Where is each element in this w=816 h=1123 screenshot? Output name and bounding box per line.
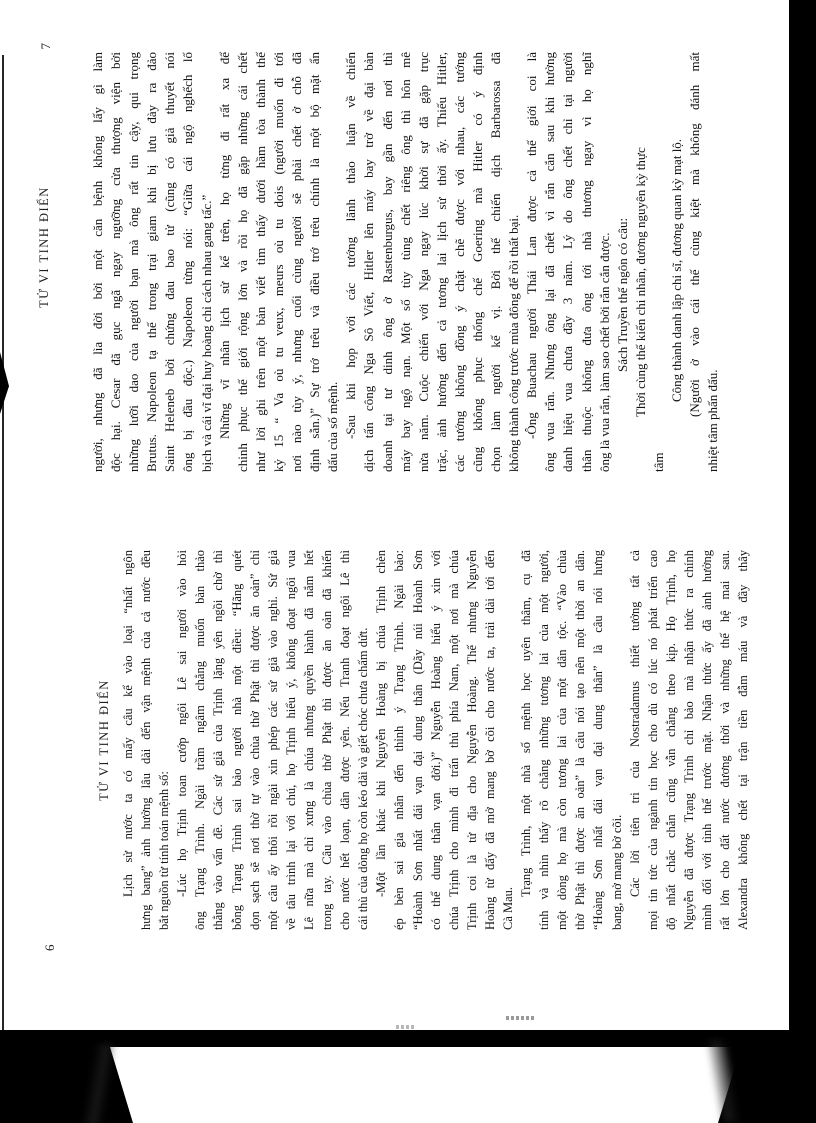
text-line: ông vua rắn. Nhưng ông lại đã chết vì rắ…	[541, 52, 559, 472]
text-line: “Hoành Sơn nhất đái vạn đại dung thân (D…	[409, 550, 427, 930]
text-line: độc hại. Cesar đã gục ngã ngay ngưỡng cử…	[107, 52, 125, 472]
text-line: -Ông Buachau người Thái Lan được cả thế …	[523, 52, 541, 439]
text-line: kỷ 15 “ Va où tu veux, meurs où tu dois …	[270, 52, 288, 472]
text-line: chúa Trịnh cho mình đi trấn thủ phía Nam…	[445, 550, 463, 930]
page-number-right: 7	[38, 43, 54, 50]
scanned-book-spread: TỬ VI TINH ĐIỂN 7 người, nhưng đã lìa đờ…	[0, 0, 816, 1123]
text-line: về tâu trình lại với chú, họ Trịnh hiểu …	[282, 550, 300, 930]
text-line: nhiệt tâm phấn đấu.	[704, 52, 722, 472]
text-line: một câu ấy thôi rồi ngài xin phép các sứ…	[264, 550, 282, 930]
text-line: Lê nữa mà chỉ xưng là chúa nhưng quyền h…	[300, 550, 318, 930]
text-line: ông bị đầu độc.) Napoleon từng nói: “Giữ…	[179, 52, 197, 472]
text-line: bỗng Trạng Trình sai bảo người nhà một đ…	[228, 550, 246, 930]
scanner-black-right-edge	[789, 0, 816, 1123]
text-line: (Người ở vào cái thế cùng kiệt mà không …	[686, 52, 704, 417]
text-line: ông Trạng Trình. Ngài trầm ngâm chẳng mu…	[191, 550, 209, 930]
text-line: -Một lần khác khi Nguyễn Hoàng bị chúa T…	[372, 550, 390, 897]
text-line: Sách Truyền thế ngôn có câu:	[614, 52, 632, 372]
text-line: thân thuộc không đưa ông tới nhà thương …	[578, 52, 596, 472]
text-line: trặc, ảnh hưởng đến cả tương lai lịch sử…	[433, 52, 451, 472]
text-line: chọn làm người kế vị. Bởi thế chiến dịch…	[487, 52, 505, 472]
text-line: ép bèn sai gia nhân đến thỉnh ý Trạng Tr…	[390, 550, 408, 930]
text-line: dấu của số mệnh.	[324, 52, 342, 472]
page-edge-wedge-artifact	[0, 352, 9, 414]
text-line: Công thành danh lập chi sĩ, đương quan k…	[668, 52, 686, 402]
text-line: Lịch sử nước ta có mấy câu kể vào loại “…	[119, 550, 137, 897]
text-line: doanh tại tư dinh ông ở Rastenburgus, ba…	[379, 52, 397, 472]
page-number-left: 6	[42, 945, 58, 952]
text-line: Nguyễn đã được Trạng Trình chỉ bảo mà nh…	[680, 550, 698, 930]
text-line: hưng bang” ảnh hưởng lâu dài đến vận mện…	[137, 550, 155, 930]
text-line: độ nhất chắc chắn cũng vẫn chẳng theo kị…	[662, 550, 680, 930]
text-line: -Lúc họ Trịnh toan cướp ngôi Lê sai ngườ…	[173, 550, 191, 897]
text-line: ông là vua rắn, làm sao chết bởi rắn cắn…	[596, 52, 614, 472]
text-line: người, nhưng đã lìa đời bởi một căn bệnh…	[89, 52, 107, 472]
text-line: máy bay ngộ nạn. Một số tùy tùng chết ri…	[397, 52, 415, 472]
text-line: “Hoàng Sơn nhất đái vạn đại dung thân” l…	[589, 550, 607, 930]
text-line: bắt nguồn từ tính toán mệnh số:	[155, 550, 173, 930]
text-line: Hoàng từ đấy đã mở mang bờ cõi cho nước …	[481, 550, 499, 930]
text-line: có thể dung thân vạn đời.)” Nguyễn Hoàng…	[427, 550, 445, 930]
page-left: TỬ VI TINH ĐIỂN 6 Lịch sử nước ta có mấy…	[25, 497, 793, 1010]
text-line: tâm	[650, 52, 668, 472]
scan-feather-artifact-right	[702, 1040, 748, 1122]
text-line: Brutus. Napoleon tạ thế trong trại giam …	[143, 52, 161, 472]
text-line: dịch tấn công Nga Sô Viết, Hitler lên má…	[360, 52, 378, 472]
text-line: như lời ghi trên một bản viết tìm thấy d…	[252, 52, 270, 472]
running-head-right: TỬ VI TINH ĐIỂN	[37, 37, 52, 457]
text-line: rất lớn cho đất nước đương thời và những…	[716, 550, 734, 930]
page-body-left: Lịch sử nước ta có mấy câu kể vào loại “…	[119, 550, 752, 930]
text-line: danh hiệu vua chưa đầy 3 năm. Lý do ông …	[559, 52, 577, 472]
text-line: Các lời tiên tri của Nostradamus thiết t…	[626, 550, 644, 897]
running-head-left: TỬ VI TINH ĐIỂN	[97, 550, 112, 930]
text-line: Trạng Trình, một nhà số mệnh học uyên th…	[517, 550, 535, 897]
text-line: Saint Heleneb bởi chứng đau bao tử (cũng…	[161, 52, 179, 472]
text-line: định sẵn.)” Sự trớ trêu và điều trớ trêu…	[306, 52, 324, 472]
text-line: cũng không phục thống chế Goering mà Hit…	[469, 52, 487, 472]
text-line: một dòng họ mà còn tương lai của một dân…	[553, 550, 571, 930]
text-line: mọi tin tức của ngành tin học cho dù có …	[644, 550, 662, 930]
text-line: những lưỡi dao của người bạn mà ông rất …	[125, 52, 143, 472]
text-line: tính và nhìn thấy rõ chẳng những tương l…	[535, 550, 553, 930]
text-line: cho nước hết loạn, dân được yên. Nếu Tra…	[336, 550, 354, 930]
running-head-title: TỬ VI TINH ĐIỂN	[97, 679, 111, 801]
text-line: dọn sạch sẽ nơi thờ tự vào chùa thờ Phật…	[246, 550, 264, 930]
scan-feather-artifact-left	[74, 1044, 120, 1123]
text-line: Alexandra không chết tại trận tiền đẫm m…	[734, 550, 752, 930]
text-line: các tướng không đồng ý chặt chẽ được với…	[451, 52, 469, 472]
text-line: mình đối với tình thế trước mặt. Nhận th…	[698, 550, 716, 930]
text-line: nửa năm. Cuộc chiến với Nga ngay lúc khở…	[415, 52, 433, 472]
text-line: bang, mở mang bờ cõi.	[608, 550, 626, 930]
scan-smudge	[506, 1016, 534, 1020]
text-line: chinh phục thế giới rộng lớn và rồi họ đ…	[234, 52, 252, 472]
text-line: Cà Mau.	[499, 550, 517, 930]
page-right: TỬ VI TINH ĐIỂN 7 người, nhưng đã lìa đờ…	[25, 27, 793, 497]
text-line: trong tay. Câu vào chùa thờ Phật thì đượ…	[318, 550, 336, 930]
text-line: -Sau khi họp với các tướng lãnh thảo luậ…	[342, 52, 360, 439]
text-line: nơi nào tùy ý, nhưng cuối cùng người sẽ …	[288, 52, 306, 472]
text-line: bịch và cái vĩ đại huy hoàng chỉ cách nh…	[198, 52, 216, 472]
text-line: Trịnh coi là tử địa cho Nguyễn Hoàng. Th…	[463, 550, 481, 930]
text-line: Thời cùng thế kiến chi nhân, đương nguyê…	[632, 52, 650, 417]
text-line: Những vĩ nhân lịch sử kể trên, họ từng đ…	[216, 52, 234, 439]
paper-edge-strip	[85, 1047, 745, 1123]
text-line: thờ Phật thì được ăn oản” là câu nói tạo…	[571, 550, 589, 930]
running-head-title: TỬ VI TINH ĐIỂN	[37, 186, 51, 308]
page-edge-hairline	[2, 55, 4, 1033]
text-line: thẳng vào vấn đề. Các sứ giả của Trịnh l…	[209, 550, 227, 930]
text-line: cái thù của dòng họ còn kéo dài và giết …	[354, 550, 372, 930]
page-body-right: người, nhưng đã lìa đời bởi một căn bệnh…	[89, 52, 722, 472]
scan-smudge	[396, 1025, 416, 1029]
text-line: không thành công trước mùa đông để rồi t…	[505, 52, 523, 472]
